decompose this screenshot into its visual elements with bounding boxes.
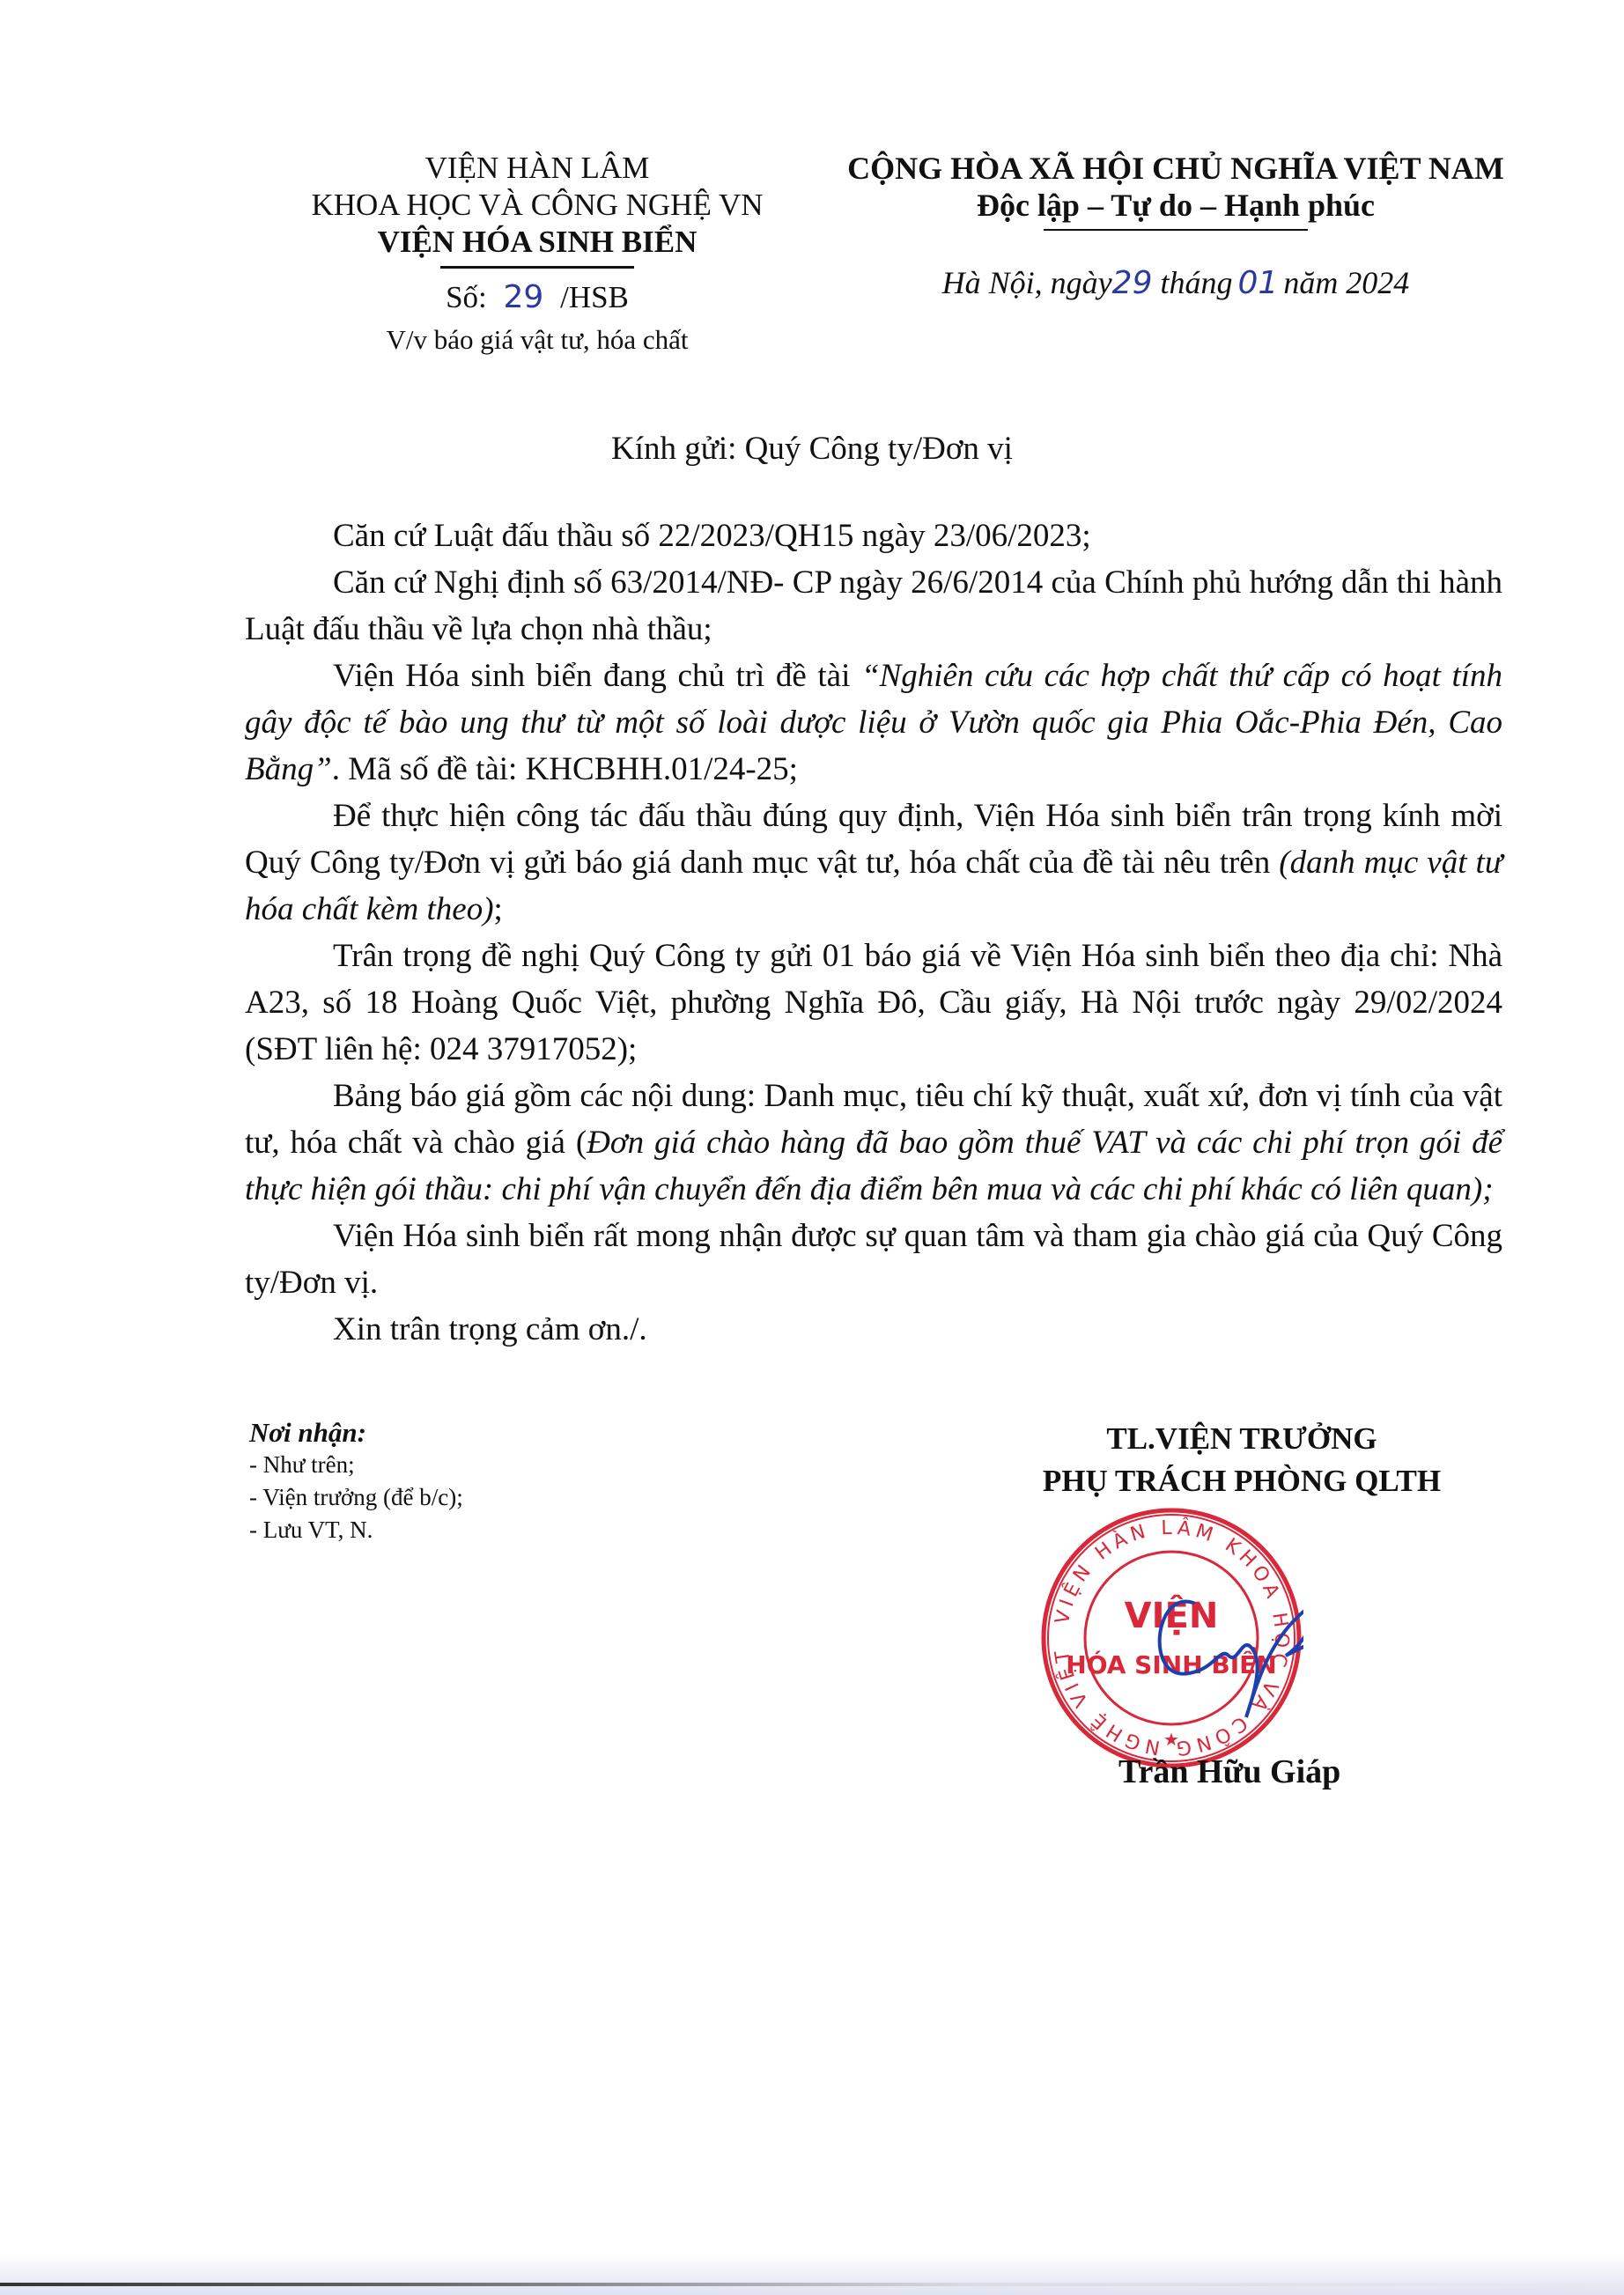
letter-body: Căn cứ Luật đấu thầu số 22/2023/QH15 ngà… [245,513,1502,1353]
recipient-item: - Như trên; [249,1449,463,1481]
seal-icon: VIỆN HÀN LÂM KHOA HỌC VÀ CÔNG NGHỆ VIỆT … [1039,1506,1303,1770]
paragraph-project: Viện Hóa sinh biển đang chủ trì đề tài “… [245,653,1502,793]
document-subject: V/v báo giá vật tư, hóa chất [255,321,819,358]
agency-line-2: KHOA HỌC VÀ CÔNG NGHỆ VN [255,187,819,224]
scan-shadow [0,2254,1624,2295]
agency-line-1: VIỆN HÀN LÂM [255,150,819,187]
salutation: Kính gửi: Quý Công ty/Đơn vị [0,430,1624,468]
handwritten-doc-number: 29 [504,279,544,315]
agency-underline [440,266,634,269]
paragraph-legal-basis-2: Căn cứ Nghị định số 63/2014/NĐ- CP ngày … [245,559,1502,653]
paragraph-thanks: Xin trân trọng cảm ơn./. [245,1306,1502,1353]
svg-text:VIỆN: VIỆN [1125,1594,1219,1636]
official-seal: VIỆN HÀN LÂM KHOA HỌC VÀ CÔNG NGHỆ VIỆT … [1039,1506,1303,1770]
paragraph-closing: Viện Hóa sinh biển rất mong nhận được sự… [245,1213,1502,1306]
national-motto: Độc lập – Tự do – Hạnh phúc [801,187,1550,224]
paragraph-quote-contents: Bảng báo giá gồm các nội dung: Danh mục,… [245,1073,1502,1213]
signature-block: TL.VIỆN TRƯỞNG PHỤ TRÁCH PHÒNG QLTH [986,1418,1497,1502]
issuing-agency-block: VIỆN HÀN LÂM KHOA HỌC VÀ CÔNG NGHỆ VN VI… [255,150,819,358]
signatory-title: TL.VIỆN TRƯỞNG [986,1418,1497,1460]
agency-name: VIỆN HÓA SINH BIỂN [255,224,819,261]
handwritten-day: 29 [1112,265,1153,301]
paragraph-address: Trân trọng đề nghị Quý Công ty gửi 01 bá… [245,933,1502,1073]
signer-name: Trần Hữu Giáp [1118,1753,1340,1791]
paragraph-legal-basis-1: Căn cứ Luật đấu thầu số 22/2023/QH15 ngà… [245,513,1502,559]
svg-text:HÓA SINH BIỂN: HÓA SINH BIỂN [1066,1645,1276,1679]
place-and-date: Hà Nội, ngày29 tháng01năm 2024 [801,264,1550,302]
recipient-item: - Lưu VT, N. [249,1514,463,1546]
motto-underline [1044,229,1308,231]
scan-edge [0,2283,1624,2286]
recipients-title: Nơi nhận: [249,1416,463,1449]
country-name: CỘNG HÒA XÃ HỘI CHỦ NGHĨA VIỆT NAM [801,150,1550,187]
recipients-block: Nơi nhận: - Như trên; - Viện trưởng (để … [249,1416,463,1546]
svg-text:★: ★ [1163,1729,1179,1750]
recipient-item: - Viện trưởng (để b/c); [249,1481,463,1514]
handwritten-month: 01 [1238,265,1279,301]
signatory-position: PHỤ TRÁCH PHÒNG QLTH [986,1460,1497,1502]
paragraph-invitation: Để thực hiện công tác đấu thầu đúng quy … [245,793,1502,933]
national-motto-block: CỘNG HÒA XÃ HỘI CHỦ NGHĨA VIỆT NAM Độc l… [801,150,1550,302]
document-number: Số: 29 /HSB [255,279,819,316]
